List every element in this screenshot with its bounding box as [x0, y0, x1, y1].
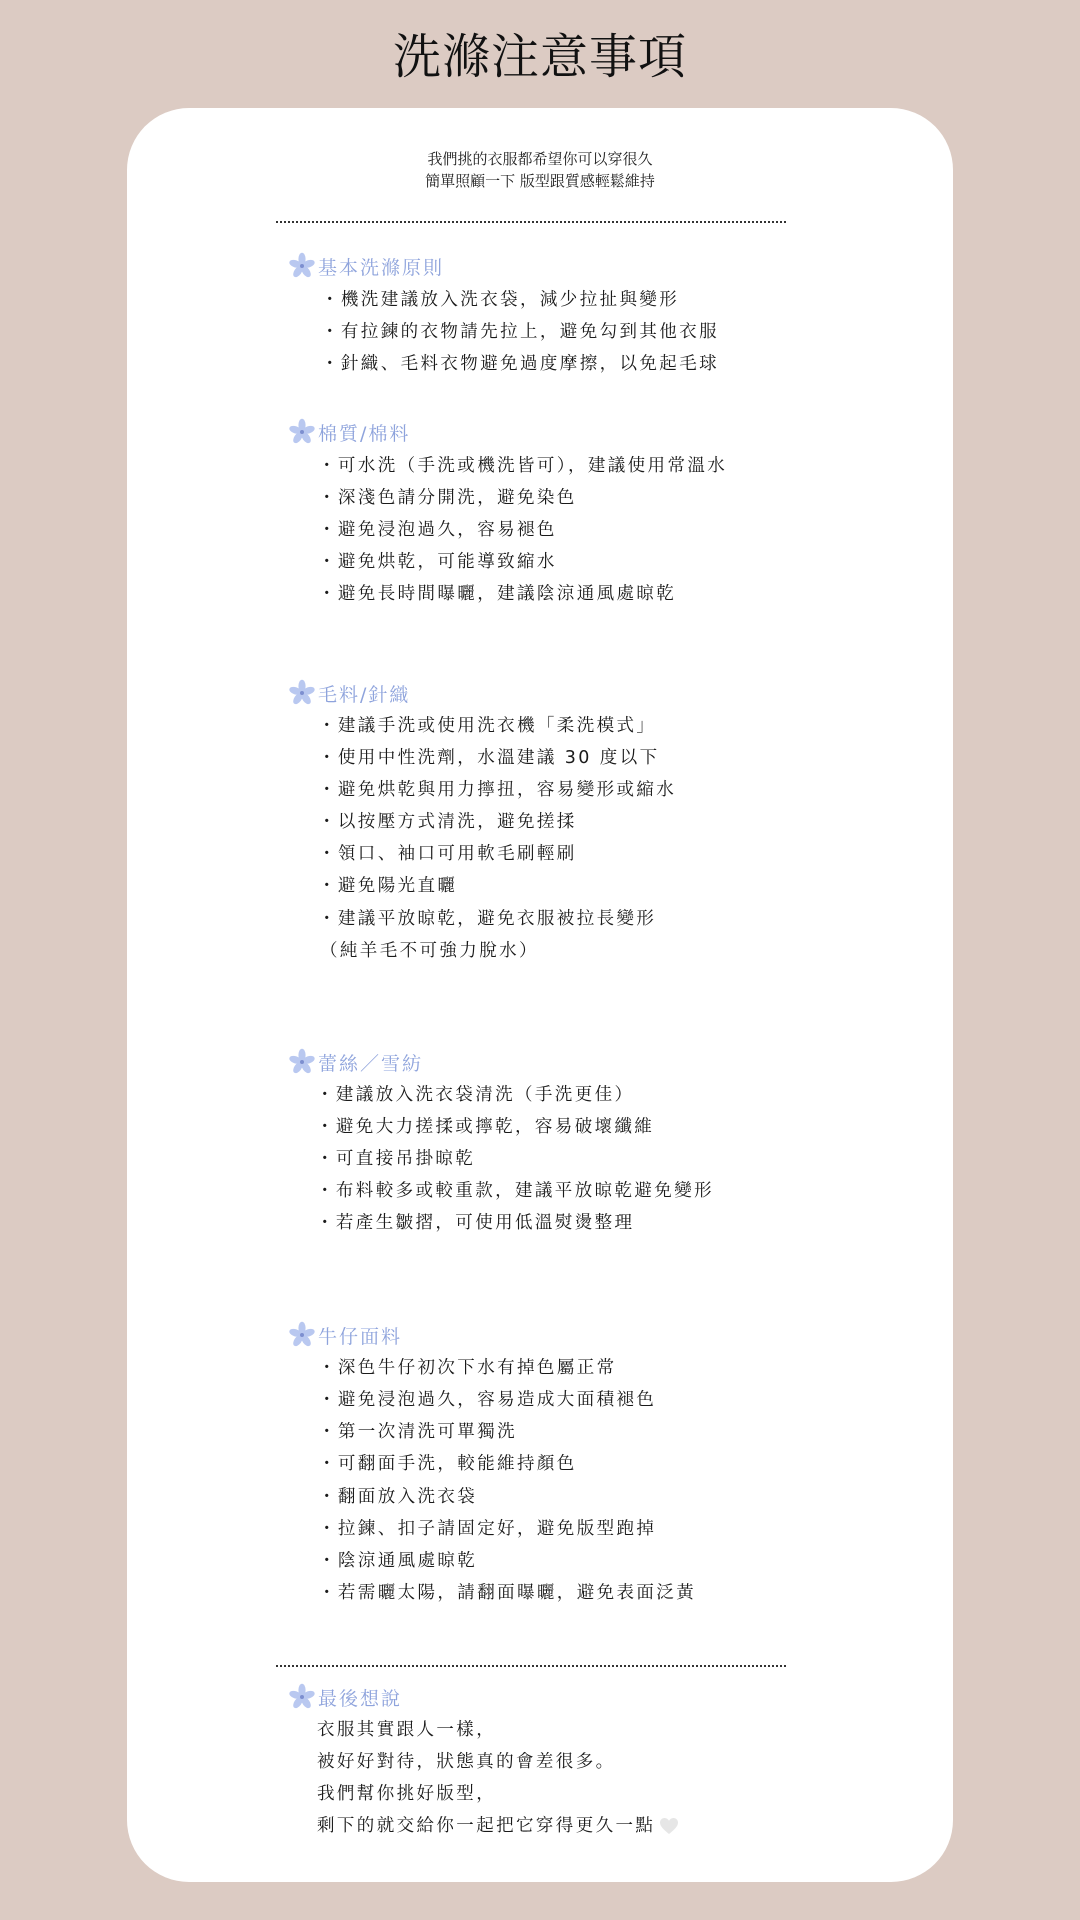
list-item: ・深淺色請分開洗，避免染色 — [318, 485, 577, 511]
dotted-divider-bottom — [276, 1665, 786, 1667]
list-item: ・第一次清洗可單獨洗 — [318, 1419, 517, 1445]
list-item: ・避免浸泡過久，容易褪色 — [318, 517, 557, 543]
closing-line: 我們幫你挑好版型， — [317, 1781, 496, 1807]
list-item: ・避免陽光直曬 — [318, 873, 457, 899]
section-header-cotton: 棉質/棉料 — [288, 417, 410, 447]
section-header-denim: 牛仔面料 — [288, 1320, 402, 1350]
section-title: 蕾絲／雪紡 — [318, 1049, 423, 1076]
list-item: ・領口、袖口可用軟毛刷輕刷 — [318, 841, 577, 867]
closing-line: 被好好對待，狀態真的會差很多。 — [317, 1749, 616, 1775]
section-header-lace-chiffon: 蕾絲／雪紡 — [288, 1047, 423, 1077]
section-title: 基本洗滌原則 — [318, 253, 444, 280]
list-item: ・陰涼通風處晾乾 — [318, 1548, 477, 1574]
list-item: ・使用中性洗劑，水溫建議 30 度以下 — [318, 745, 660, 771]
dotted-divider-top — [276, 221, 786, 223]
list-item: ・避免烘乾，可能導致縮水 — [318, 549, 557, 575]
flower-icon — [288, 1321, 316, 1349]
section-header-wool-knit: 毛料/針織 — [288, 678, 410, 708]
list-item: ・若產生皺摺，可使用低溫熨燙整理 — [316, 1210, 634, 1236]
section-title: 毛料/針織 — [318, 680, 410, 707]
list-item: ・避免大力搓揉或擰乾，容易破壞纖維 — [316, 1114, 654, 1140]
closing-line-last: 剩下的就交給你一起把它穿得更久一點 — [317, 1813, 679, 1839]
flower-icon — [288, 679, 316, 707]
list-item: ・深色牛仔初次下水有掉色屬正常 — [318, 1355, 617, 1381]
flower-icon — [288, 1048, 316, 1076]
list-item: ・翻面放入洗衣袋 — [318, 1484, 477, 1510]
page-title: 洗滌注意事項 — [0, 26, 1080, 88]
section-title: 棉質/棉料 — [318, 419, 410, 446]
list-item: ・建議平放晾乾，避免衣服被拉長變形 — [318, 906, 656, 932]
heart-icon — [659, 1817, 679, 1835]
intro-line-2: 簡單照顧一下 版型跟質感輕鬆維持 — [0, 170, 1080, 192]
list-item: ・可直接吊掛晾乾 — [316, 1146, 475, 1172]
closing-line: 衣服其實跟人一樣， — [317, 1717, 496, 1743]
intro-line-1: 我們挑的衣服都希望你可以穿很久 — [0, 148, 1080, 170]
section-header-final-words: 最後想說 — [288, 1682, 402, 1712]
list-item: ・避免浸泡過久，容易造成大面積褪色 — [318, 1387, 656, 1413]
list-item: ・可翻面手洗，較能維持顏色 — [318, 1451, 577, 1477]
section-title: 最後想說 — [318, 1684, 402, 1711]
section-header-basic: 基本洗滌原則 — [288, 251, 444, 281]
list-item: ・若需曬太陽，請翻面曝曬，避免表面泛黃 — [318, 1580, 696, 1606]
list-item: ・建議手洗或使用洗衣機「柔洗模式」 — [318, 713, 656, 739]
list-item: ・針織、毛料衣物避免過度摩擦，以免起毛球 — [321, 351, 719, 377]
list-item: ・可水洗（手洗或機洗皆可），建議使用常溫水 — [318, 453, 727, 479]
list-item: ・布料較多或較重款，建議平放晾乾避免變形 — [316, 1178, 714, 1204]
list-item: ・以按壓方式清洗，避免搓揉 — [318, 809, 577, 835]
flower-icon — [288, 418, 316, 446]
list-item: ・建議放入洗衣袋清洗（手洗更佳） — [316, 1082, 634, 1108]
closing-line-text: 剩下的就交給你一起把它穿得更久一點 — [317, 1816, 655, 1836]
list-item: ・拉鍊、扣子請固定好，避免版型跑掉 — [318, 1516, 656, 1542]
section-title: 牛仔面料 — [318, 1322, 402, 1349]
list-item: ・機洗建議放入洗衣袋，減少拉扯與變形 — [321, 287, 679, 313]
flower-icon — [288, 1683, 316, 1711]
list-item-note: （純羊毛不可強力脫水） — [320, 938, 539, 964]
list-item: ・有拉鍊的衣物請先拉上，避免勾到其他衣服 — [321, 319, 719, 345]
list-item: ・避免長時間曝曬，建議陰涼通風處晾乾 — [318, 581, 676, 607]
flower-icon — [288, 252, 316, 280]
list-item: ・避免烘乾與用力擰扭，容易變形或縮水 — [318, 777, 676, 803]
